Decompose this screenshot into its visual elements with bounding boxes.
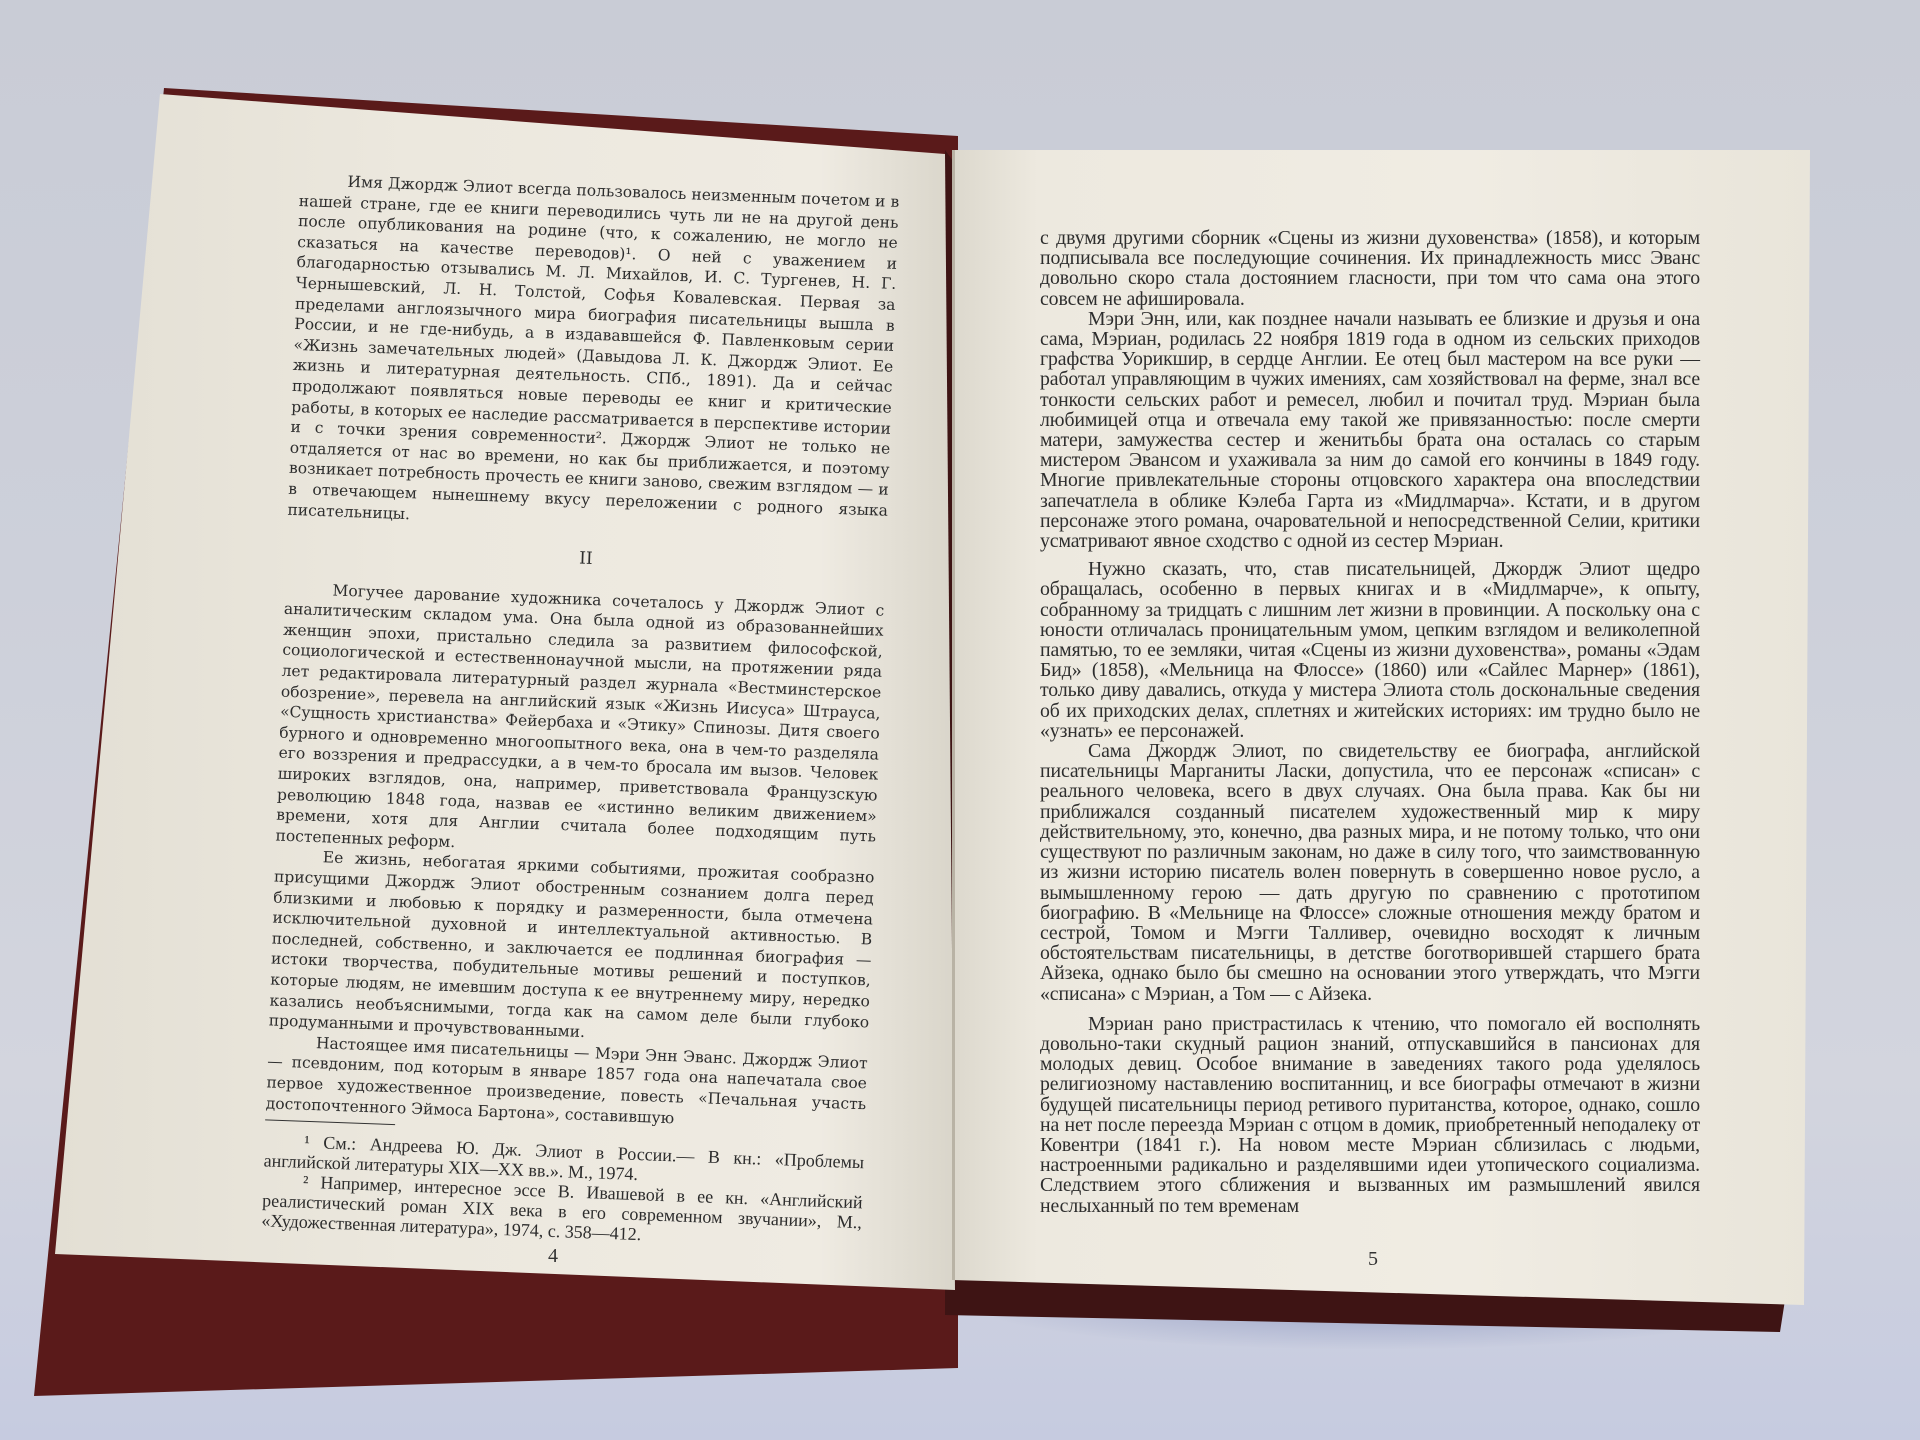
book-gutter: [952, 150, 955, 1280]
paragraph: Мэриан рано пристрастилась к чтению, что…: [1040, 1014, 1700, 1216]
left-page-text: Имя Джордж Элиот всегда пользовалось неи…: [261, 170, 899, 1252]
paragraph: Нужно сказать, что, став писательницей, …: [1040, 559, 1700, 741]
footnote-divider: [265, 1119, 395, 1125]
paragraph: Сама Джордж Элиот, по свидетельству ее б…: [1040, 741, 1700, 1004]
paragraph: Могучее дарование художника сочеталось у…: [275, 578, 884, 868]
paragraph: Мэри Энн, или, как позднее начали называ…: [1040, 309, 1700, 551]
paragraph: с двумя другими сборник «Сцены из жизни …: [1040, 228, 1700, 309]
page-number-right: 5: [1368, 1248, 1378, 1271]
page-number-left: 4: [548, 1245, 558, 1268]
section-heading: II: [286, 538, 886, 581]
paragraph: Имя Джордж Элиот всегда пользовалось неи…: [287, 170, 899, 542]
right-page-text: с двумя другими сборник «Сцены из жизни …: [1040, 228, 1700, 1216]
paragraph: Ее жизнь, небогатая яркими событиями, пр…: [268, 846, 874, 1053]
